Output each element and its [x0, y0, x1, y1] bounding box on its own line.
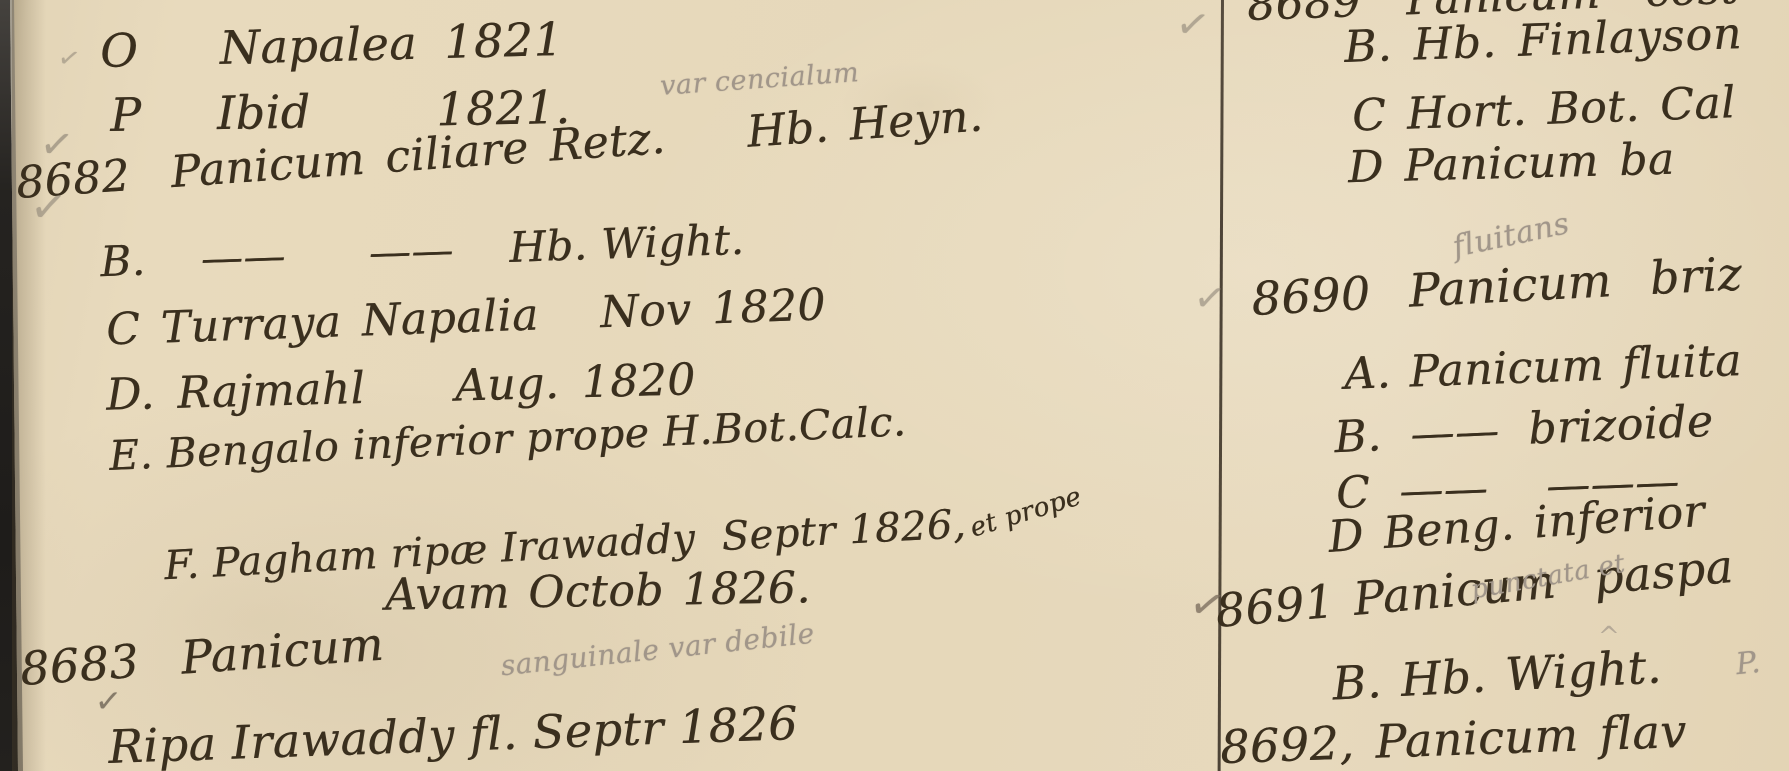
checkmark: ✓: [1172, 0, 1213, 51]
entry-line-avam-octob: Avam Octob 1826.: [385, 562, 812, 620]
manuscript-page: O Napalea 1821 P Ibid 1821. var cencialu…: [0, 0, 1789, 771]
checkmark: ✓: [94, 681, 123, 721]
checkmark: ✓: [1191, 274, 1229, 322]
pencil-annotation-sanguinale: sanguinale var debile: [499, 617, 816, 683]
pencil-annotation-var: var cencialum: [659, 57, 860, 102]
entry-line-c-turraya: C Turraya Napalia Nov 1820: [105, 279, 826, 355]
checkmark: ✓: [55, 42, 83, 76]
checkmark: ✓: [37, 120, 77, 170]
entry-line-8690-b-brizoides: B. —— brizoide: [1333, 396, 1714, 464]
entry-line-b-hb-wight: B. —— —— Hb. Wight.: [99, 215, 745, 286]
pencil-annotation-p: P.: [1734, 645, 1762, 682]
entry-line-8689-c-hort-bot: C Hort. Bot. Cal: [1351, 77, 1736, 141]
entry-8690-panicum-briz: 8690 Panicum briz: [1250, 246, 1743, 326]
entry-line-8689-d-panicum: D Panicum ba: [1347, 134, 1675, 194]
column-divider-line: [1218, 0, 1224, 771]
entry-line-ripa-irawaddy: Ripa Irawaddy fl. Septr 1826: [107, 696, 799, 771]
entry-line-8690-a-fluitans: A. Panicum fluita: [1343, 335, 1742, 400]
checkmark: ✓: [27, 180, 69, 235]
entry-line-8691-b-hb-wight: B. Hb. Wight.: [1331, 639, 1663, 710]
entry-8683-panicum: 8683 Panicum: [18, 617, 385, 696]
entry-line-o-napalea: O Napalea 1821: [99, 12, 563, 78]
entry-8692-panicum-flav: 8692, Panicum flav: [1219, 704, 1687, 771]
entry-line-f-et-prope: et prope: [966, 481, 1085, 543]
